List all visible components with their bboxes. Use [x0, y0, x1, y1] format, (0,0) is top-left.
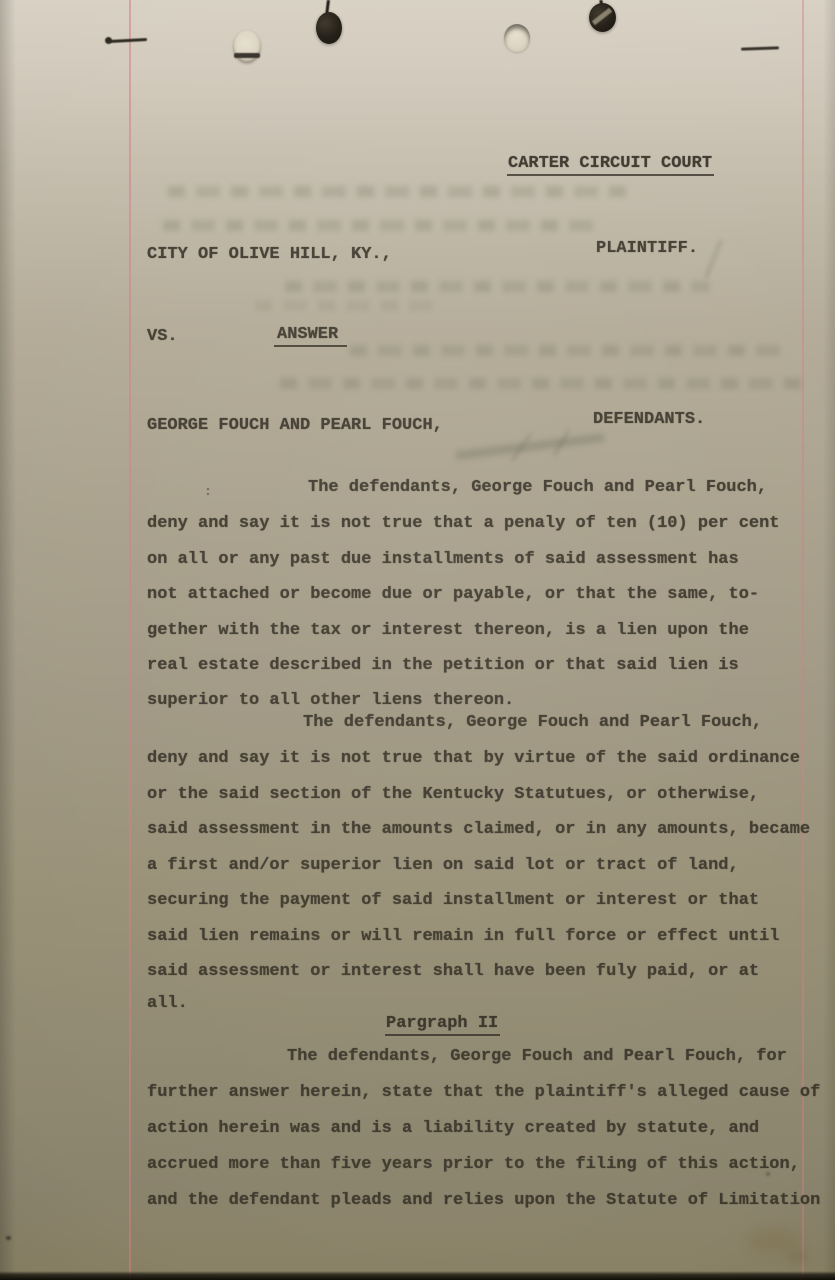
paragraph3-line: action herein was and is a liability cre…: [147, 1118, 759, 1139]
paragraph1-line: gether with the tax or interest thereon,…: [147, 620, 749, 641]
paragraph2-line: said assessment in the amounts claimed, …: [147, 819, 810, 840]
paragraph2-line: a first and/or superior lien on said lot…: [147, 855, 739, 876]
punch-hole-left: [233, 30, 261, 63]
paragraph2-line: said lien remains or will remain in full…: [147, 926, 780, 947]
vs-label: VS.: [147, 326, 178, 347]
paper-stain: [786, 1250, 808, 1264]
brad-fastener-left: [316, 12, 342, 44]
stray-mark: :: [204, 481, 212, 502]
pleading-title-text: ANSWER: [274, 325, 347, 347]
bleed-through-line: [280, 378, 810, 389]
bleed-through-line: [255, 300, 435, 311]
bleed-through-line: [168, 186, 633, 197]
paragraph2-line: said assessment or interest shall have b…: [147, 961, 759, 982]
document-page: CARTER CIRCUIT COURT CITY OF OLIVE HILL,…: [0, 0, 835, 1280]
court-header-text: CARTER CIRCUIT COURT: [507, 154, 714, 176]
brad-slot: [592, 8, 612, 25]
defendants-label: DEFENDANTS.: [593, 409, 705, 430]
paragraph1-line: not attached or become due or payable, o…: [147, 584, 759, 605]
plaintiff-label: PLAINTIFF.: [596, 238, 698, 259]
bleed-through-line: [163, 220, 603, 231]
section-heading-text: Pargraph II: [385, 1014, 500, 1036]
paper-speck: [766, 1172, 770, 1176]
pin-left: [109, 38, 147, 43]
paragraph1-line: real estate described in the petition or…: [147, 655, 739, 676]
paragraph3-line: accrued more than five years prior to th…: [147, 1154, 800, 1175]
brad-fastener-right: [589, 3, 616, 32]
paper-speck: [6, 1236, 11, 1240]
paragraph2-line: or the said section of the Kentucky Stat…: [147, 784, 759, 805]
paragraph3-line: and the defendant pleads and relies upon…: [147, 1190, 820, 1211]
paragraph2-line: securing the payment of said installment…: [147, 890, 759, 911]
defendants-name: GEORGE FOUCH AND PEARL FOUCH,: [147, 415, 443, 436]
pin-right: [741, 46, 779, 50]
bleed-through-line: [350, 345, 780, 356]
paper-stain: [748, 1228, 800, 1254]
paragraph3-line: further answer herein, state that the pl…: [147, 1082, 820, 1103]
paragraph2-line: The defendants, George Fouch and Pearl F…: [303, 712, 762, 733]
pin-left-head: [105, 37, 112, 44]
pleading-title: ANSWER: [274, 324, 347, 345]
paragraph1-line: on all or any past due installments of s…: [147, 549, 739, 570]
section-heading: Pargraph II: [385, 1013, 500, 1034]
left-margin-line: [129, 0, 131, 1280]
punch-hole-shadow: [234, 53, 260, 58]
bleed-through-stroke: [704, 239, 723, 279]
paragraph2-line: deny and say it is not true that by virt…: [147, 748, 800, 769]
plaintiff-name: CITY OF OLIVE HILL, KY.,: [147, 244, 392, 265]
paragraph1-line: The defendants, George Fouch and Pearl F…: [308, 477, 767, 498]
paragraph2-line: all.: [147, 993, 188, 1014]
paragraph1-line: deny and say it is not true that a penal…: [147, 513, 780, 534]
bleed-through-line: [285, 281, 710, 292]
paragraph3-line: The defendants, George Fouch and Pearl F…: [287, 1046, 787, 1067]
photo-edge-bottom: [0, 1271, 835, 1280]
court-header: CARTER CIRCUIT COURT: [507, 153, 714, 174]
paragraph1-line: superior to all other liens thereon.: [147, 690, 514, 711]
punch-hole-right: [504, 24, 530, 52]
